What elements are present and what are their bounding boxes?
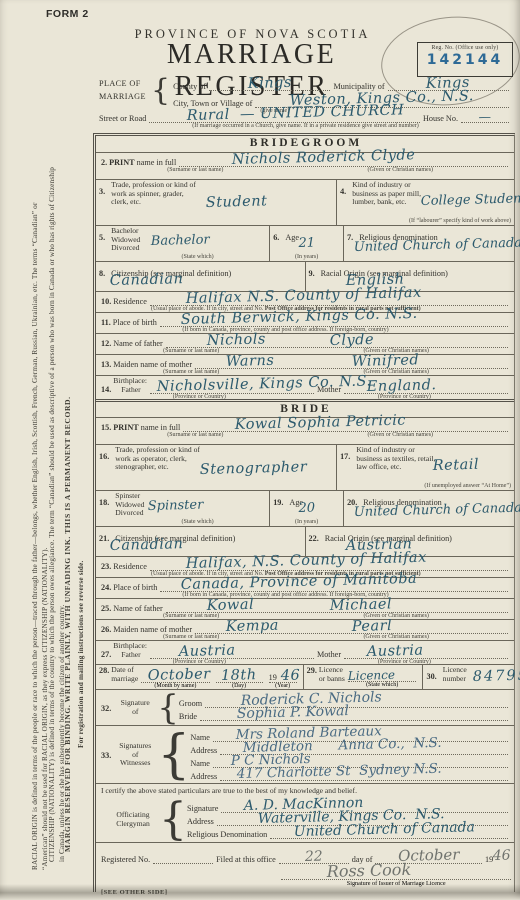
house-no-value: — [478,109,491,124]
bride-age-cell: 19. Age 20 (In years) [269,491,343,526]
issuer-signature-field: Ross Cook [281,865,511,880]
field-groom-parents-birthplace: 14. Birthplace:Father Nicholsville, King… [96,375,514,399]
groom-age-value: 21 [298,236,315,251]
day-field: 18th [216,682,263,683]
county-field: Kings [209,78,330,91]
groom-age-cell: 6. Age 21 (In years) [269,226,343,261]
margin-note-binding: MARGIN RESERVED FOR BINDING. WRITE PLAIN… [63,207,73,852]
bride-age-value: 20 [298,501,315,516]
street-field: Rural — UNITED CHURCH [149,110,420,123]
licence-or-banns-cell: 29. Licence or banns Licence(State which… [303,665,423,689]
filed-day-value: 22 [304,849,322,865]
bride-residence-field: Halifax, N.S. County of Halifax [150,558,508,571]
year-value: 46 [280,667,300,684]
marriage-register-document: RACIAL ORIGIN is defined in terms of the… [0,0,520,900]
registration-number-box: Reg. No. (Office use only) 142144 [417,42,513,77]
brace-glyph: { [159,794,187,845]
field-officiating-clergyman: Officiating Clergyman { SignatureA. D. M… [96,796,514,842]
field-groom-name: 2. PRINT name in full Nichols Roderick C… [96,152,514,179]
month-value: October [148,666,211,684]
witness2-address-field: 417 Charlotte St Sydney N.S. [220,768,508,781]
clergy-denomination: United Church of Canada [294,819,476,840]
groom-religion-cell: 7. Religious denomination United Church … [343,226,514,261]
licence-field: Licence [348,681,417,682]
clergy-denomination-field: United Church of Canada [270,826,508,839]
brace-glyph: { [151,74,170,114]
groom-mother-given: Winifred [351,352,419,370]
form-number: FORM 2 [46,8,89,20]
bride-trade-cell: 16. Trade, profession or kind of work as… [96,445,336,490]
field-bride-name: 15. PRINT name in full Kowal Sophia Petr… [96,417,514,444]
groom-trade-value: Student [206,193,268,211]
field-bride-mother: 26. Maiden name of mother Kempa Pearl (S… [96,619,514,640]
field-groom-status-age-religion: 5. Bachelor Widowed Divorced Bachelor (S… [96,225,514,261]
groom-father-given: Clyde [330,332,375,349]
groom-birthplace-field: South Berwick, Kings Co. N.S. [160,314,508,327]
bride-signature: Sophia P. Kowal [237,703,349,722]
street-caption: (If marriage occurred in a Church, give … [99,123,512,129]
groom-citizenship-value: Canadian [110,271,184,289]
marriage-date-cell: 28. Date of marriage October(Month by na… [96,665,303,689]
field-groom-citizenship-racial: 8. Citizenship (see marginal definition)… [96,261,514,291]
licence-number-value: 84795 [473,668,520,685]
groom-name-field: Nichols Roderick Clyde [179,154,508,167]
bride-father-surname: Kowal [206,597,254,614]
bride-religion-value: United Church of Canada [354,501,520,520]
bride-father-birthplace-value: Austria [179,643,236,660]
field-groom-father: 12. Name of father Nichols Clyde (Surnam… [96,333,514,354]
groom-status-cell: 5. Bachelor Widowed Divorced Bachelor (S… [96,226,269,261]
brace-glyph: { [157,688,179,728]
groom-father-birthplace-field: Nicholsville, Kings Co. N.S. [150,381,314,394]
issuer-signature: Ross Cook [327,860,412,881]
place-of-marriage-label: PLACE OF MARRIAGE [99,74,151,114]
bride-mother-birthplace-field: Austria [344,646,508,659]
groom-father-field: Nichols Clyde [166,335,508,348]
groom-industry-value: College Student [421,191,520,209]
margin-note-registration: For registration and mailing instruction… [76,498,86,748]
bride-citizenship-value: Canadian [110,536,184,554]
bride-industry-cell: 17. Kind of industry or business as text… [336,445,514,490]
bride-birthplace-field: Canada, Province of Manitoba [160,579,508,592]
page-bottom-shadow [0,884,520,900]
bride-father-birthplace-field: Austria [150,646,314,659]
day-value: 18th [221,667,257,684]
licence-number-cell: 30. Licence number 84795 [422,665,514,689]
groom-trade-cell: 3. Trade, profession or kind of work as … [96,180,336,225]
street-line: Street or Road Rural — UNITED CHURCH Hou… [99,110,512,129]
groom-residence-field: Halifax N.S. County of Halifax [150,293,508,306]
bride-trade-value: Stenographer [200,459,308,478]
field-bride-status-age-religion: 18. Spinster Widowed Divorced Spinster (… [96,490,514,526]
groom-religion-value: United Church of Canada [354,236,520,255]
bride-name-value: Kowal Sophia Petricic [235,413,406,433]
bride-mother-field: Kempa Pearl [195,621,508,634]
groom-mother-birthplace-field: England. [344,381,508,394]
groom-mother-field: Warns Winifred [195,356,508,369]
groom-mother-birthplace-value: England. [367,377,437,395]
brace-glyph: { [157,725,190,785]
bride-mother-birthplace-value: Austria [367,643,424,660]
filed-year-value: 46 [493,848,511,864]
bride-mother-surname: Kempa [226,618,280,635]
bride-status-value: Spinster [148,498,204,514]
groom-mother-surname: Warns [226,353,275,370]
year-field: 1946 [269,682,297,683]
groom-industry-cell: 4. Kind of industry or business as paper… [336,180,514,225]
field-bride-citizenship-racial: 21. Citizenship (see marginal definition… [96,526,514,556]
unemployed-caption: (If unemployed answer “At Home”) [424,483,511,489]
bride-status-cell: 18. Spinster Widowed Divorced Spinster (… [96,491,269,526]
register-table: BRIDEGROOM 2. PRINT name in full Nichols… [93,133,515,892]
month-field: October [141,682,209,683]
groom-status-value: Bachelor [151,232,210,249]
field-groom-trade-industry: 3. Trade, profession or kind of work as … [96,179,514,225]
bride-signature-field: Sophia P. Kowal [200,708,508,721]
bride-industry-value: Retail [433,457,480,474]
bride-name-field: Kowal Sophia Petricic [183,419,508,432]
bride-father-field: Kowal Michael [166,600,508,613]
bride-father-given: Michael [330,596,393,614]
licence-value: Licence [347,668,395,683]
groom-name-value: Nichols Roderick Clyde [231,147,415,168]
field-groom-mother: 13. Maiden name of mother Warns Winifred… [96,354,514,375]
house-no-field: — [461,110,509,123]
field-couple-signatures: 32. Signature of { GroomRoderick C. Nich… [96,689,514,725]
field-groom-birthplace: 11. Place of birth South Berwick, Kings … [96,312,514,333]
field-witness-signatures: 33. Signatures of Witnesses { NameMrs Ro… [96,725,514,783]
groom-citizenship-cell: 8. Citizenship (see marginal definition)… [96,262,305,291]
field-marriage-date-licence: 28. Date of marriage October(Month by na… [96,664,514,689]
field-bride-birthplace: 24. Place of birth Canada, Province of M… [96,577,514,598]
field-bride-parents-birthplace: 27. Birthplace:Father Austria Mother Aus… [96,640,514,664]
groom-father-surname: Nichols [206,331,265,349]
reg-no-label: Reg. No. (Office use only) [418,45,512,51]
field-registered-filed: Registered No. Filed at this office 22 d… [96,842,514,862]
bride-religion-cell: 20. Religious denomination United Church… [343,491,514,526]
county-value: Kings [247,75,291,92]
bride-mother-given: Pearl [351,618,392,635]
labourer-caption: (If “labourer” specify kind of work abov… [409,218,511,224]
bride-citizenship-cell: 21. Citizenship (see marginal definition… [96,527,305,556]
field-bride-trade-industry: 16. Trade, profession or kind of work as… [96,444,514,490]
reg-no-stamp: 142144 [418,52,512,68]
field-bride-father: 25. Name of father Kowal Michael (Surnam… [96,598,514,619]
